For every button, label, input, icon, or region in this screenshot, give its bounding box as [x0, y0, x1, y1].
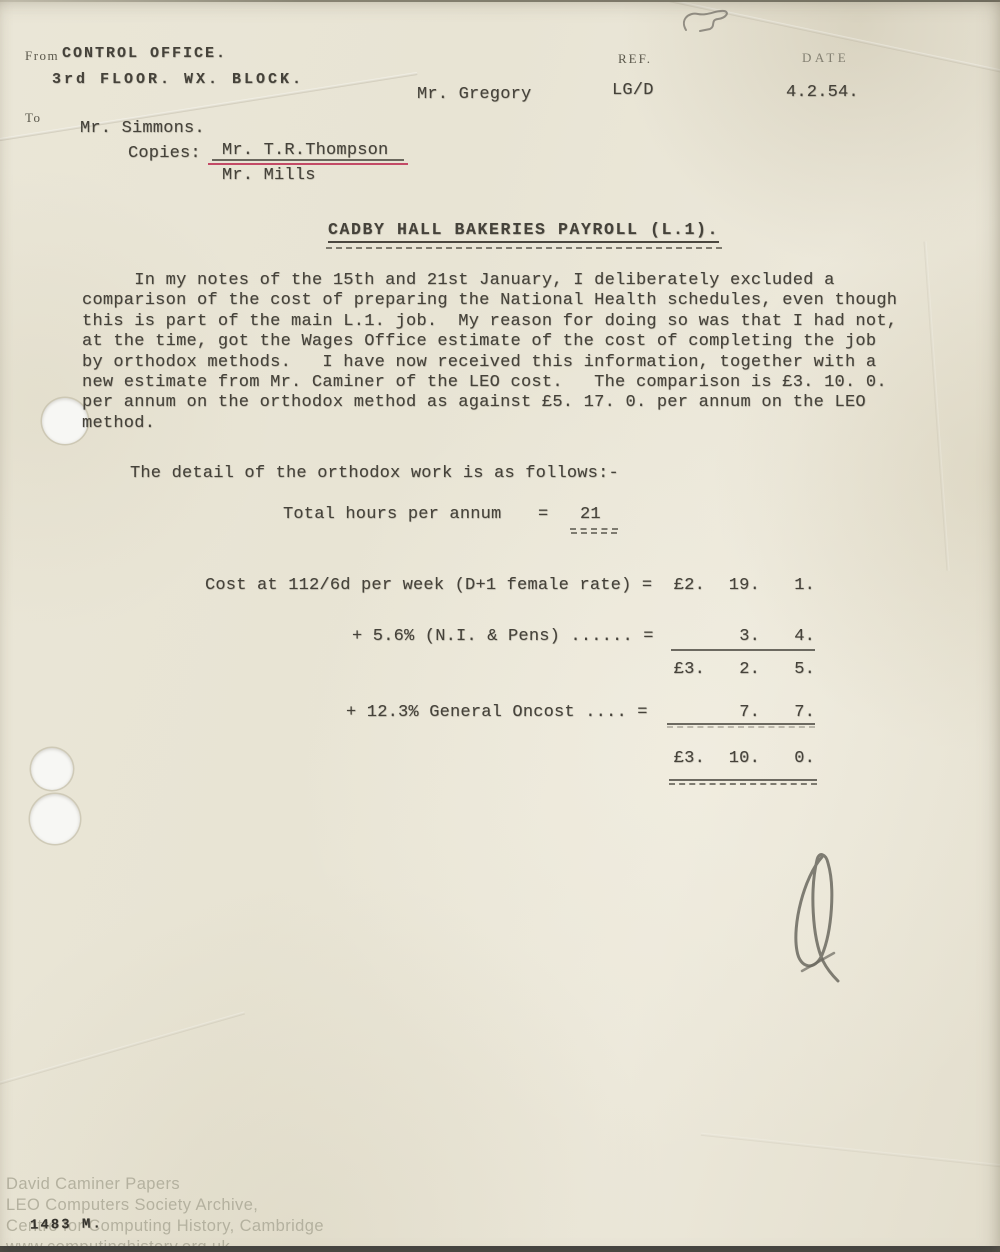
cost-subtotal-shillings: 2.	[710, 660, 760, 680]
from-address: 3rd FLOOR. WX. BLOCK.	[52, 71, 304, 88]
total-hours-underline-1	[570, 528, 618, 530]
cost-row3-shillings: 7.	[710, 703, 760, 723]
cost-subtotal-pence: 5.	[765, 660, 815, 680]
punch-hole	[30, 794, 80, 844]
paper-edge-line	[0, 0, 1000, 2]
cost-total-double-rule-2	[669, 783, 817, 785]
cost-row3-rule	[667, 723, 815, 725]
date-label: DATE	[802, 50, 849, 66]
signature-mark	[782, 845, 862, 987]
copies-label: Copies:	[128, 144, 201, 164]
detail-intro: The detail of the orthodox work is as fo…	[130, 464, 619, 484]
cost-total-double-rule-1	[669, 779, 817, 781]
cost-total-pence: 0.	[765, 749, 815, 769]
cost-row3-rule-texture	[667, 726, 815, 728]
total-hours-equals: =	[538, 505, 548, 525]
cost-row1-pounds: £2.	[655, 576, 705, 596]
title-second-underline	[326, 247, 722, 249]
watermark-archive-line1: David Caminer Papers	[6, 1174, 180, 1195]
thompson-red-underline	[208, 163, 408, 165]
watermark-archive-line2: LEO Computers Society Archive,	[6, 1195, 258, 1216]
cost-total-pounds: £3.	[655, 749, 705, 769]
punch-hole	[31, 748, 73, 790]
from-office: CONTROL OFFICE.	[62, 45, 227, 62]
pencil-mark	[676, 4, 738, 40]
cost-row1-shillings: 19.	[710, 576, 760, 596]
copy-recipient-thompson: Mr. T.R.Thompson	[222, 141, 388, 161]
cost-row3-label: + 12.3% General Oncost .... =	[346, 703, 648, 723]
document-title: CADBY HALL BAKERIES PAYROLL (L.1).	[328, 220, 719, 243]
copy-recipient-mills: Mr. Mills	[222, 166, 316, 186]
to-label: To	[25, 110, 42, 126]
cost-row2-label: + 5.6% (N.I. & Pens) ...... =	[352, 627, 654, 647]
body-paragraph: In my notes of the 15th and 21st January…	[82, 271, 942, 434]
paper-crease	[701, 1133, 1000, 1170]
ref-value: LG/D	[612, 81, 654, 101]
thompson-black-underline	[212, 159, 404, 161]
paper-crease	[0, 1011, 245, 1091]
ref-label: REF.	[618, 51, 652, 67]
cost-row2-shillings: 3.	[710, 627, 760, 647]
total-hours-label: Total hours per annum	[283, 505, 501, 525]
cost-row2-rule	[671, 649, 815, 651]
to-value: Mr. Simmons.	[80, 119, 205, 139]
memo-page: From CONTROL OFFICE. 3rd FLOOR. WX. BLOC…	[0, 0, 1000, 1252]
cost-row1-pence: 1.	[765, 576, 815, 596]
date-value: 4.2.54.	[786, 83, 859, 103]
cost-row3-pence: 7.	[765, 703, 815, 723]
attention-name: Mr. Gregory	[417, 85, 531, 105]
cost-row2-pence: 4.	[765, 627, 815, 647]
cost-total-shillings: 10.	[710, 749, 760, 769]
total-hours-underline-2	[571, 532, 617, 534]
paper-crease	[604, 0, 1000, 78]
cost-subtotal-pounds: £3.	[655, 660, 705, 680]
handwritten-archive-number: 1483 M.	[30, 1216, 103, 1233]
from-label: From	[25, 48, 59, 64]
cost-row1-label: Cost at 112/6d per week (D+1 female rate…	[205, 576, 652, 596]
scan-edge-strip	[0, 1246, 1000, 1252]
total-hours-value: 21	[580, 505, 601, 525]
